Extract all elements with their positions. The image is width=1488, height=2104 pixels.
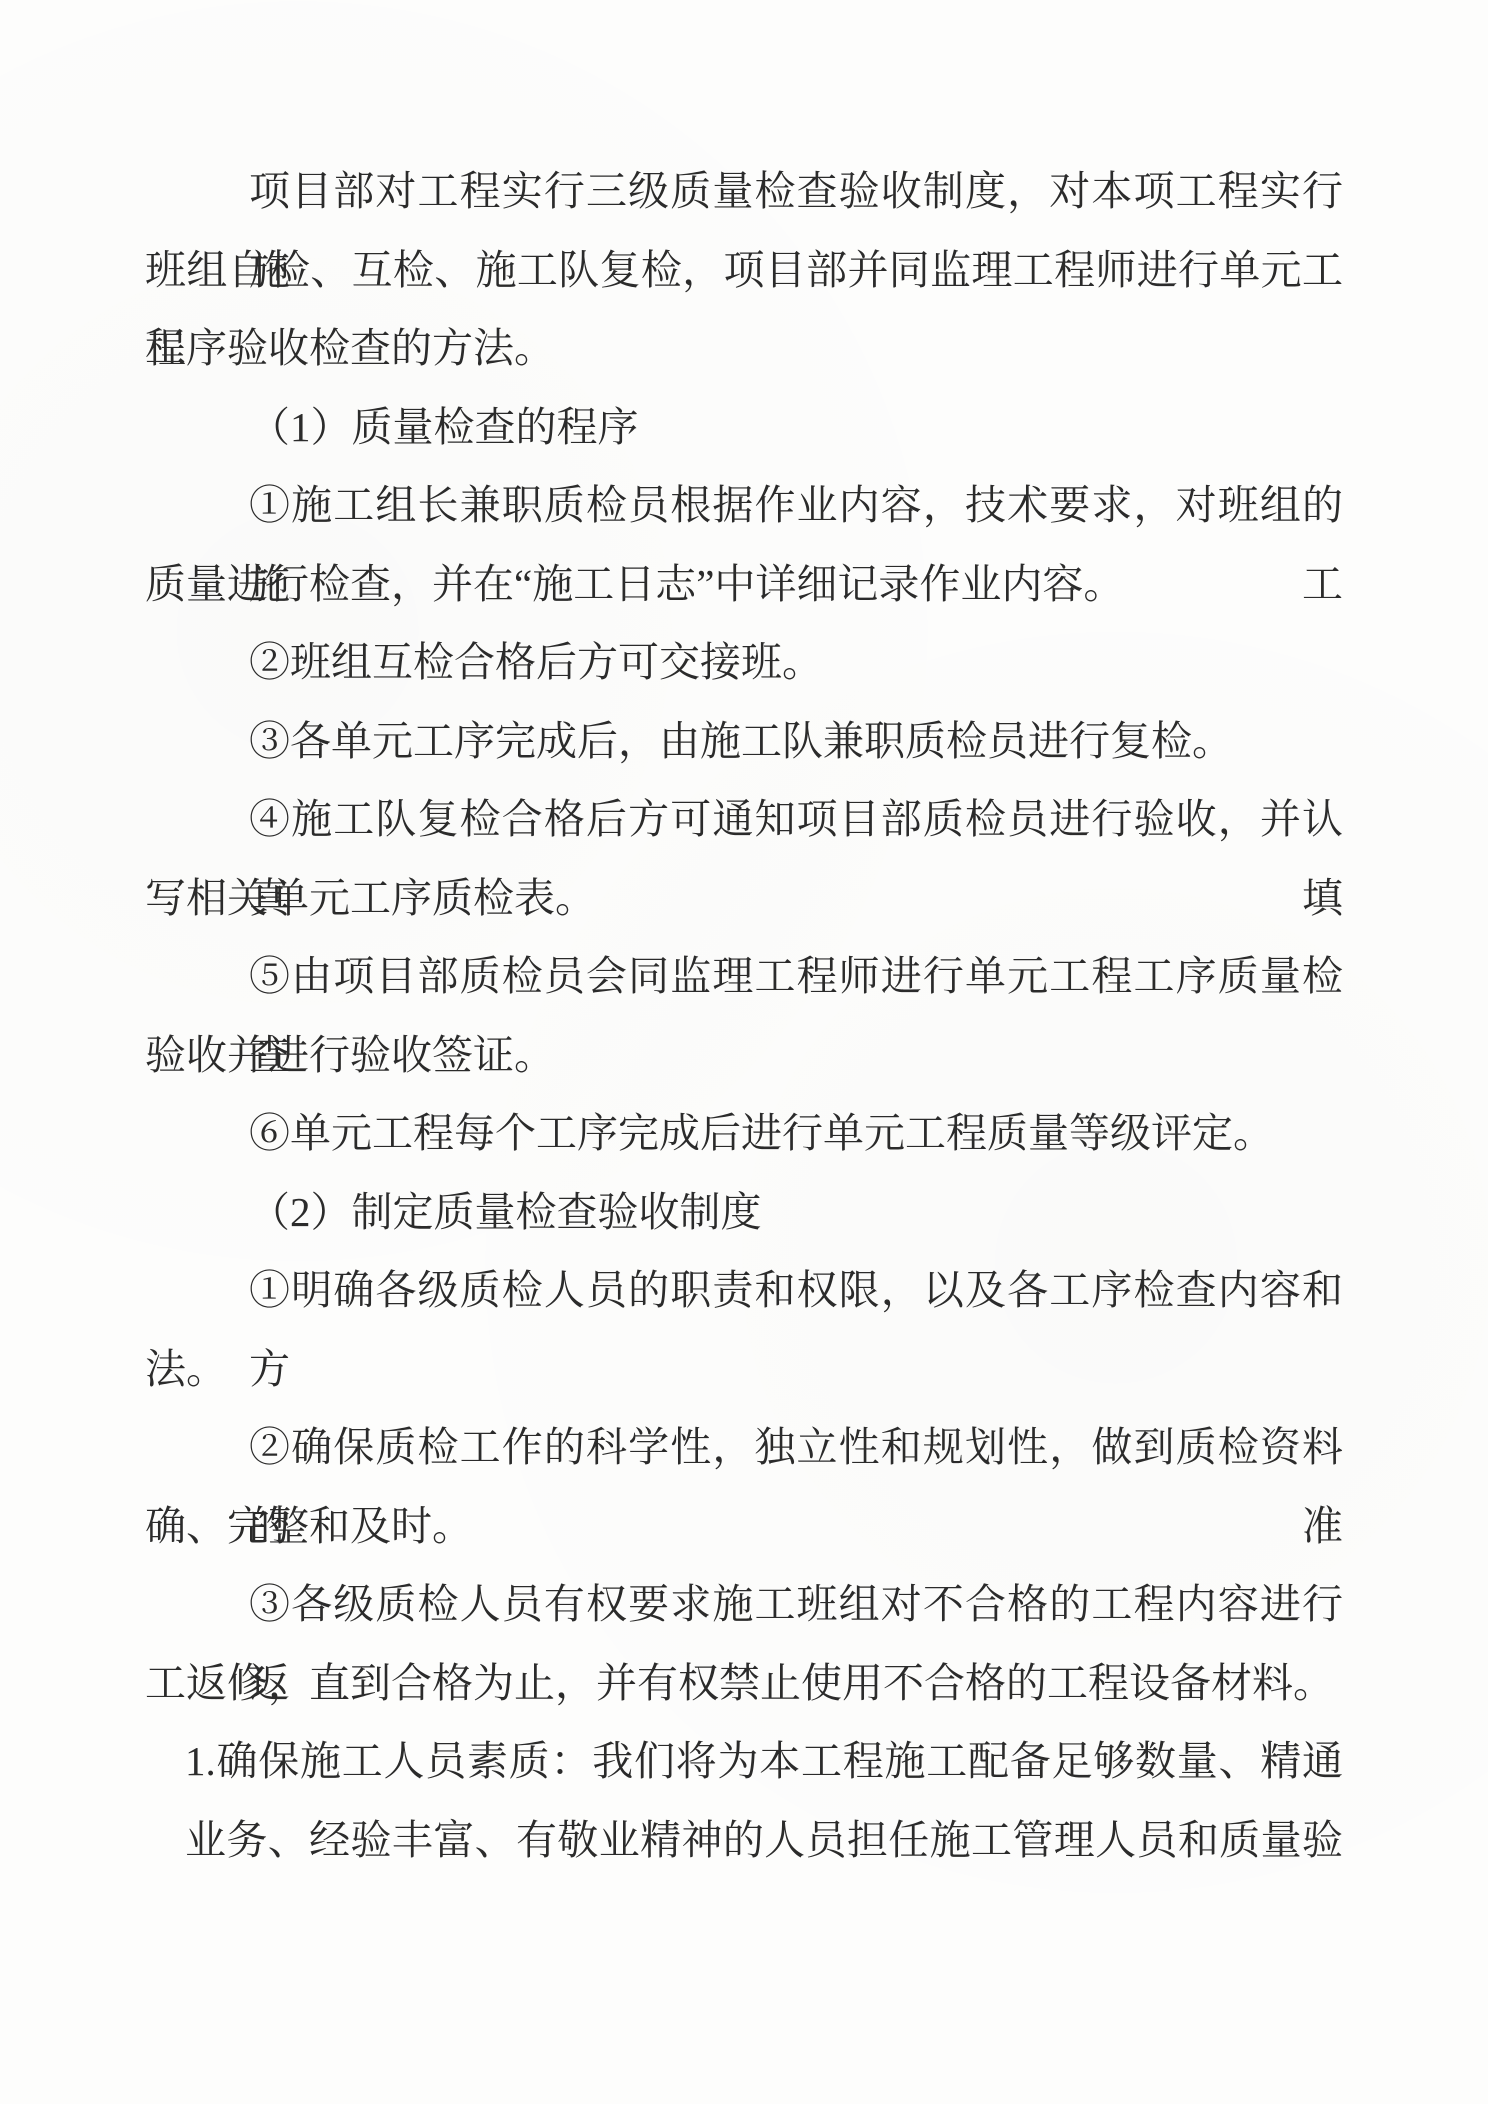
text-line: 1.确保施工人员素质：我们将为本工程施工配备足够数量、精通 — [145, 1722, 1343, 1801]
text-line: 工返修，直到合格为止，并有权禁止使用不合格的工程设备材料。 — [145, 1644, 1343, 1723]
text-line: ③各级质检人员有权要求施工班组对不合格的工程内容进行返 — [145, 1565, 1343, 1644]
text-line: 班组自检、互检、施工队复检，项目部并同监理工程师进行单元工程 — [145, 231, 1343, 310]
text-line: ⑥单元工程每个工序完成后进行单元工程质量等级评定。 — [145, 1094, 1343, 1173]
text-line: （1）质量检查的程序 — [145, 388, 1343, 467]
text-line: ③各单元工序完成后，由施工队兼职质检员进行复检。 — [145, 702, 1343, 781]
text-line: （2）制定质量检查验收制度 — [145, 1173, 1343, 1252]
text-line: ④施工队复检合格后方可通知项目部质检员进行验收，并认真填 — [145, 780, 1343, 859]
text-line: 工序验收检查的方法。 — [145, 309, 1343, 388]
text-line: 项目部对工程实行三级质量检查验收制度，对本项工程实行施工 — [145, 152, 1343, 231]
text-line: ⑤由项目部质检员会同监理工程师进行单元工程工序质量检查 — [145, 937, 1343, 1016]
text-line: ①明确各级质检人员的职责和权限，以及各工序检查内容和方 — [145, 1251, 1343, 1330]
text-line: 法。 — [145, 1330, 1343, 1409]
text-line: 验收并进行验收签证。 — [145, 1016, 1343, 1095]
text-line: 业务、经验丰富、有敬业精神的人员担任施工管理人员和质量验 — [145, 1801, 1343, 1880]
text-line: ②确保质检工作的科学性，独立性和规划性，做到质检资料的准 — [145, 1408, 1343, 1487]
document-page: 项目部对工程实行三级质量检查验收制度，对本项工程实行施工 班组自检、互检、施工队… — [0, 0, 1488, 2104]
text-line: ①施工组长兼职质检员根据作业内容，技术要求，对班组的施工 — [145, 466, 1343, 545]
text-line: ②班组互检合格后方可交接班。 — [145, 623, 1343, 702]
document-text-block: 项目部对工程实行三级质量检查验收制度，对本项工程实行施工 班组自检、互检、施工队… — [145, 152, 1343, 1879]
